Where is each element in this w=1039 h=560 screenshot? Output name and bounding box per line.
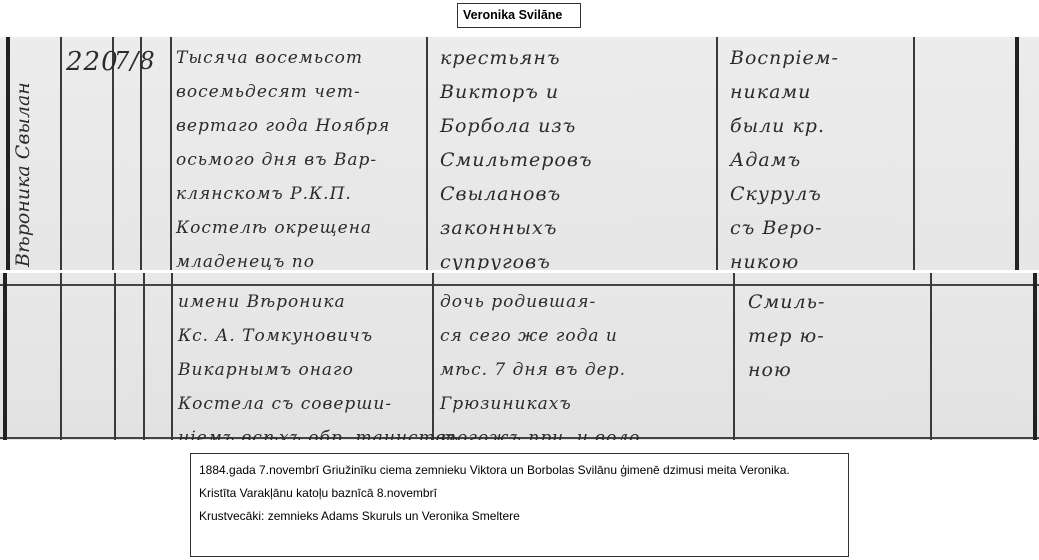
column-divider [114,273,116,440]
summary-godparents: Krustvecāki: zemnieks Adams Skuruls un V… [199,509,840,524]
parents-column: дочь родившая-ся сего же года и мѣс. 7 д… [440,285,647,440]
column-divider [913,37,915,270]
record-scan-upper: Вѣроника Свылан 220 7/8 Тысяча восемьсот… [0,37,1039,270]
column-divider [170,37,172,270]
margin-name: Вѣроника Свылан [12,82,34,267]
column-divider [60,37,62,270]
column-divider [1015,37,1019,270]
column-divider [1033,273,1037,440]
event-column: Тысяча восемьсотвосемьдесят чет- вертаго… [176,41,390,270]
parents-column: крестьянъВикторъ и Борбола изъСмильтеров… [440,41,593,270]
column-divider [716,37,718,270]
record-date: 7/8 [114,47,156,75]
column-divider [733,273,735,440]
godparents-column: Смиль-тер ю- ною [748,285,825,387]
document-title: Veronika Svilāne [457,3,581,28]
column-divider [3,273,7,440]
column-divider [930,273,932,440]
summary-birth: 1884.gada 7.novembrī Griužinīku ciema ze… [199,463,840,478]
godparents-column: Воспріем-никами были кр.Адамъ Скурулъсъ … [730,41,839,270]
column-divider [171,273,173,440]
translation-summary: 1884.gada 7.novembrī Griužinīku ciema ze… [190,453,849,557]
column-divider [143,273,145,440]
record-scan-lower: имени ВѣроникаКс. А. Томкуновичъ Викарны… [0,273,1039,440]
column-divider [426,37,428,270]
event-column: имени ВѣроникаКс. А. Томкуновичъ Викарны… [178,285,459,440]
column-divider [6,37,10,270]
column-divider [60,273,62,440]
record-number: 220 [66,47,119,77]
summary-baptism: Kristīta Varakļānu katoļu baznīcā 8.nove… [199,486,840,501]
